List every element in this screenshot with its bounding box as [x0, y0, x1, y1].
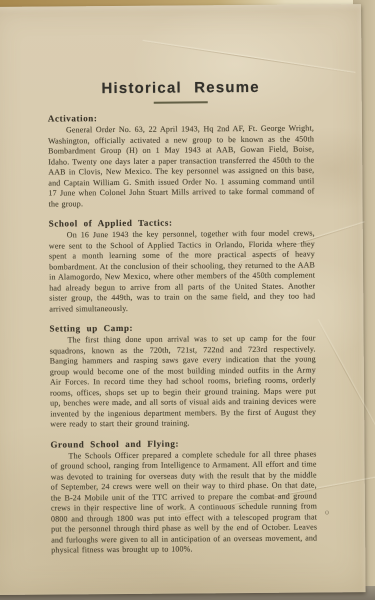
stray-typewriter-mark: ( — [91, 506, 94, 515]
section-ground-school-and-flying: Ground School and Flying: The Schools Of… — [50, 437, 317, 556]
title-underline — [154, 101, 208, 103]
section-paragraph: The first thing done upon arrival was to… — [50, 333, 317, 430]
section-heading: Activation: — [48, 111, 314, 123]
document-page: Historical Resume Activation: General Or… — [0, 4, 366, 595]
section-school-of-applied-tactics: School of Applied Tactics: On 16 June 19… — [49, 216, 316, 314]
document-content: Historical Resume Activation: General Or… — [48, 78, 318, 556]
stray-typewriter-mark: o — [325, 507, 329, 516]
section-heading: Ground School and Flying: — [50, 437, 316, 449]
paper-crease — [143, 41, 356, 74]
section-heading: Setting up Camp: — [49, 321, 315, 333]
section-paragraph: The Schools Officer prepared a complete … — [50, 449, 317, 556]
document-title: Historical Resume — [48, 78, 314, 97]
section-heading: School of Applied Tactics: — [49, 216, 315, 228]
section-setting-up-camp: Setting up Camp: The first thing done up… — [49, 321, 316, 430]
section-paragraph: General Order No. 63, 22 April 1943, Hq … — [48, 123, 315, 209]
section-paragraph: On 16 June 1943 the key personnel, toget… — [49, 228, 316, 314]
section-activation: Activation: General Order No. 63, 22 Apr… — [48, 111, 315, 209]
